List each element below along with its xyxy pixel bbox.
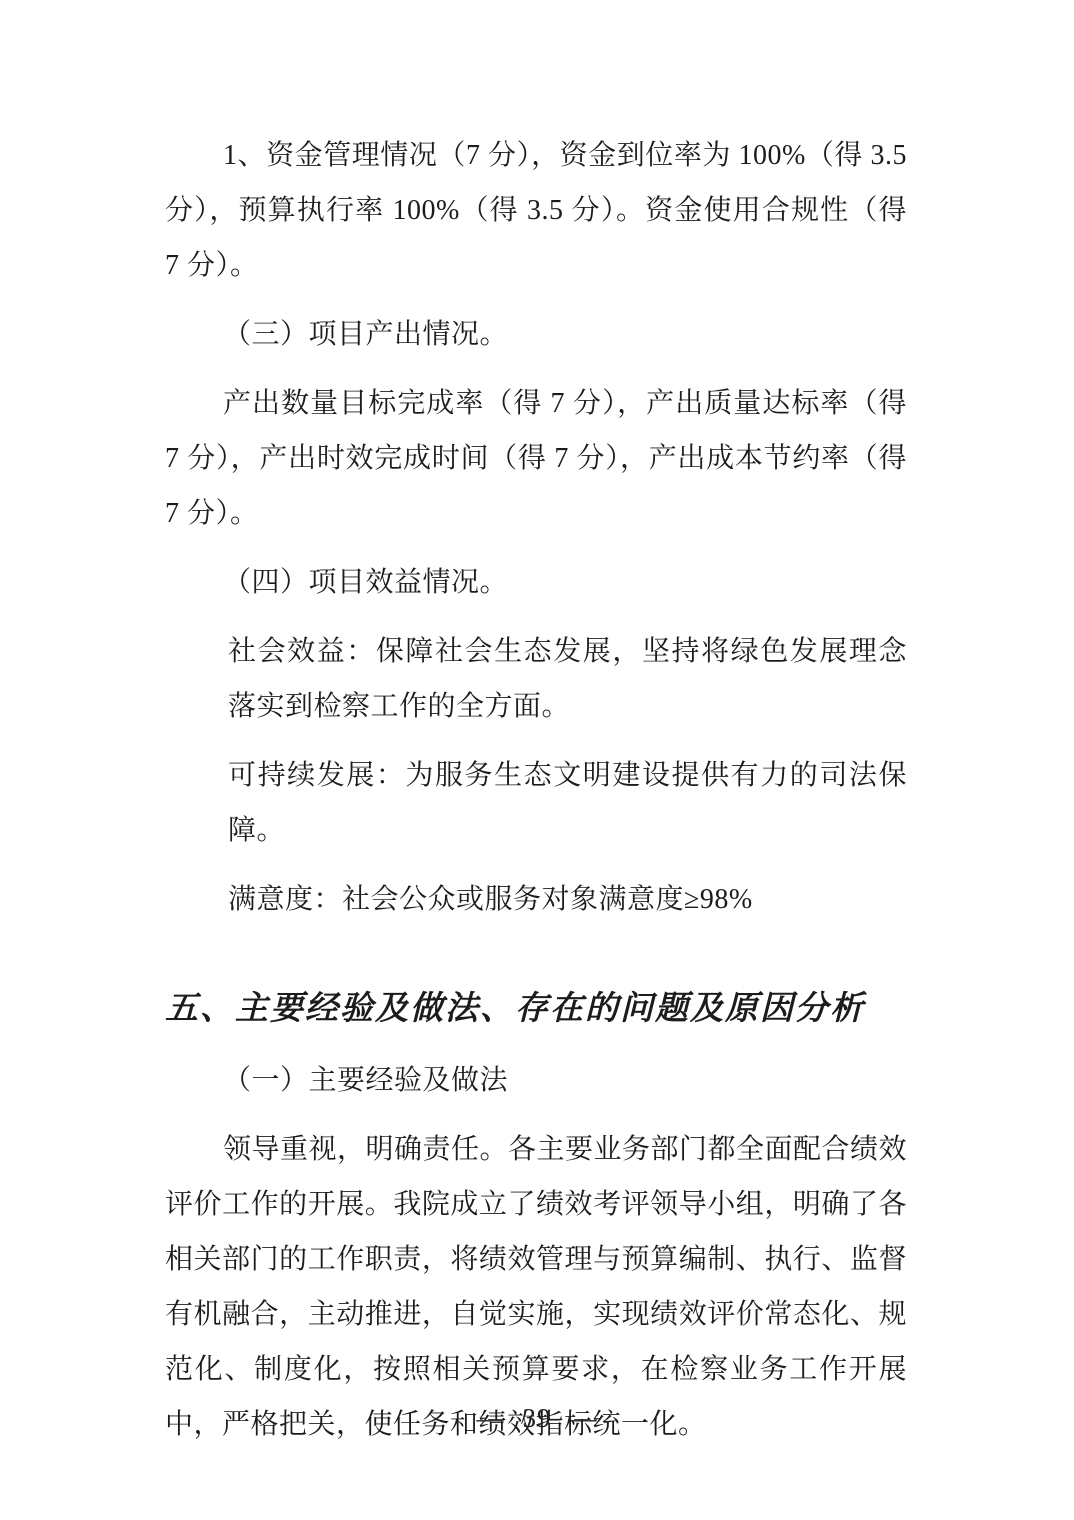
paragraph-satisfaction: 满意度：社会公众或服务对象满意度≥98% [228,872,907,927]
footer-right-dash: — [570,1398,598,1438]
document-page: 1、资金管理情况（7 分），资金到位率为 100%（得 3.5 分），预算执行率… [0,0,1074,1520]
section-heading-experience-problems: 五、主要经验及做法、存在的问题及原因分析 [165,979,907,1039]
paragraph-fund-management: 1、资金管理情况（7 分），资金到位率为 100%（得 3.5 分），预算执行率… [165,128,907,293]
paragraph-output-indicators: 产出数量目标完成率（得 7 分），产出质量达标率（得 7 分），产出时效完成时间… [165,376,907,541]
subheading-project-output: （三）项目产出情况。 [165,307,907,362]
subheading-project-benefit: （四）项目效益情况。 [165,555,907,610]
page-footer: —39— [0,1398,1074,1438]
footer-left-dash: — [477,1398,505,1438]
paragraph-social-benefit: 社会效益：保障社会生态发展，坚持将绿色发展理念落实到检察工作的全方面。 [228,624,907,734]
document-body: 1、资金管理情况（7 分），资金到位率为 100%（得 3.5 分），预算执行率… [165,128,907,1466]
page-number: 39 [523,1403,552,1433]
paragraph-sustainable-development: 可持续发展：为服务生态文明建设提供有力的司法保障。 [228,748,907,858]
subheading-main-experience: （一）主要经验及做法 [165,1053,907,1108]
